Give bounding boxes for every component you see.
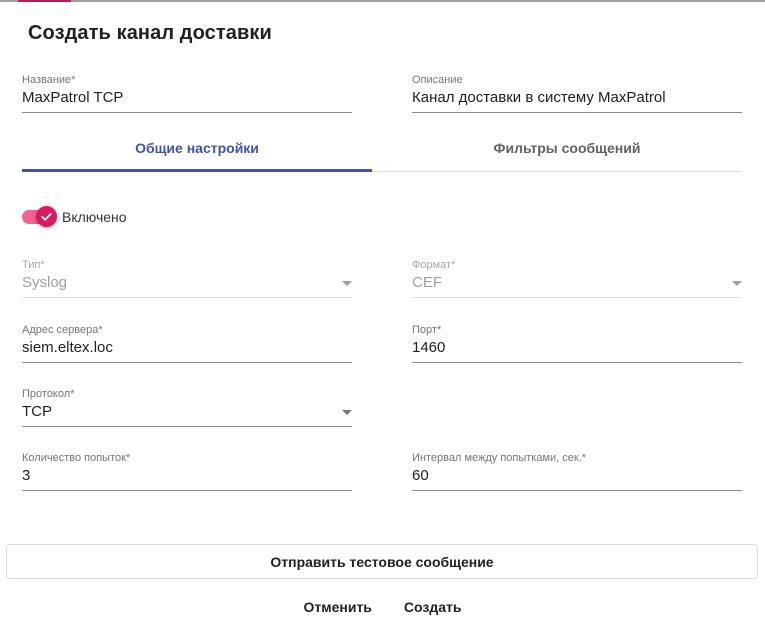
retry-count-field[interactable]: Количество попыток* (22, 452, 352, 498)
toggle-track[interactable] (22, 210, 56, 224)
format-underline (412, 297, 742, 298)
dialog-title: Создать канал доставки (28, 22, 272, 45)
tab-message-filters[interactable]: Фильтры сообщений (392, 128, 742, 171)
check-icon (40, 210, 53, 223)
chevron-down-icon (342, 281, 352, 286)
chevron-down-icon[interactable] (342, 410, 352, 415)
top-accent-segment (18, 0, 71, 2)
cancel-button[interactable]: Отменить (304, 596, 372, 618)
format-value: CEF (412, 273, 712, 293)
server-address-underline (22, 362, 352, 363)
retry-count-label: Количество попыток* (22, 452, 130, 465)
port-label: Порт* (412, 324, 441, 337)
type-underline (22, 297, 352, 298)
tab-bar: Общие настройки Фильтры сообщений (22, 128, 742, 173)
type-value: Syslog (22, 273, 322, 293)
create-button[interactable]: Создать (404, 596, 462, 618)
protocol-label: Протокол* (22, 388, 74, 401)
type-label: Тип* (22, 259, 45, 272)
toggle-thumb[interactable] (36, 206, 57, 227)
name-underline (22, 112, 352, 113)
description-label: Описание (412, 74, 463, 87)
name-field[interactable]: Название* (22, 74, 352, 120)
format-label: Формат* (412, 259, 455, 272)
port-underline (412, 362, 742, 363)
protocol-value[interactable]: TCP (22, 402, 322, 422)
description-input[interactable] (412, 88, 712, 108)
chevron-down-icon (732, 281, 742, 286)
server-address-field[interactable]: Адрес сервера* (22, 324, 352, 370)
port-field[interactable]: Порт* (412, 324, 742, 370)
retry-interval-input[interactable] (412, 466, 712, 486)
retry-interval-label: Интервал между попытками, сек.* (412, 452, 586, 465)
type-select: Тип* Syslog (22, 259, 352, 305)
top-progress-bar (0, 0, 765, 2)
send-test-message-button[interactable]: Отправить тестовое сообщение (6, 544, 758, 579)
retry-count-underline (22, 490, 352, 491)
format-select: Формат* CEF (412, 259, 742, 305)
dialog-actions: Отменить Создать (0, 596, 765, 618)
name-input[interactable] (22, 88, 322, 108)
server-address-input[interactable] (22, 338, 322, 358)
protocol-underline (22, 426, 352, 427)
description-field[interactable]: Описание (412, 74, 742, 120)
retry-count-input[interactable] (22, 466, 322, 486)
retry-interval-underline (412, 490, 742, 491)
protocol-select[interactable]: Протокол* TCP (22, 388, 352, 434)
server-address-label: Адрес сервера* (22, 324, 103, 337)
port-input[interactable] (412, 338, 712, 358)
enabled-label: Включено (62, 209, 127, 225)
enabled-toggle[interactable]: Включено (22, 206, 127, 228)
name-label: Название* (22, 74, 75, 87)
tab-general-settings[interactable]: Общие настройки (22, 128, 372, 171)
retry-interval-field[interactable]: Интервал между попытками, сек.* (412, 452, 742, 498)
description-underline (412, 112, 742, 113)
tab-ink-bar (22, 169, 372, 172)
